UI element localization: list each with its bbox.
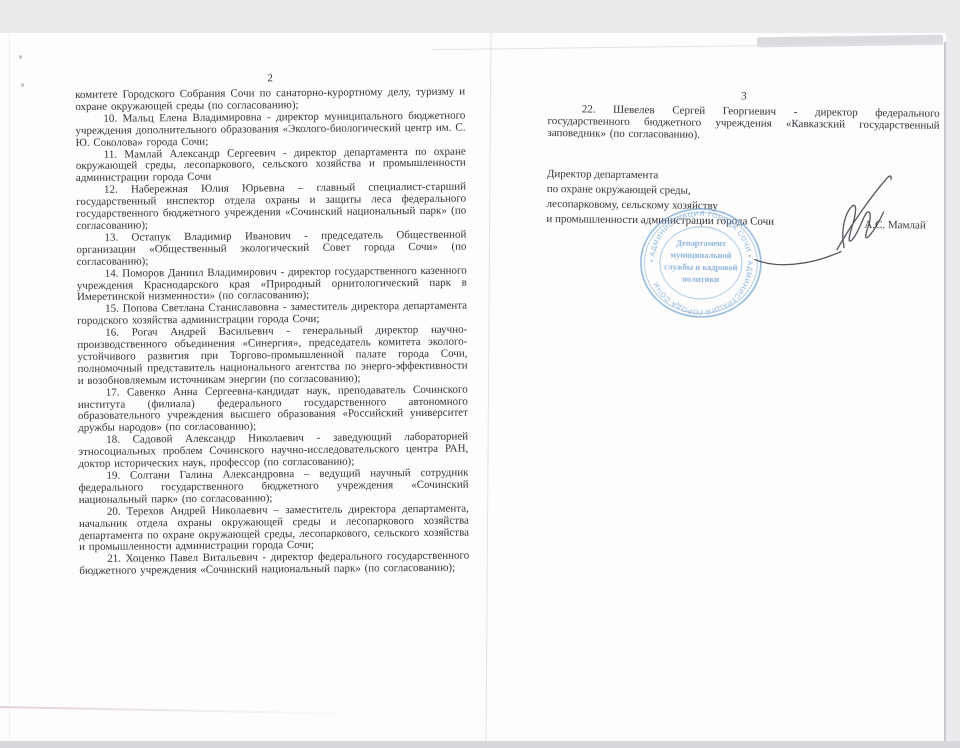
signature-tail-stroke <box>755 251 841 266</box>
list-item: 19. Солтани Галина Александровна – ведущ… <box>78 468 468 507</box>
list-item: 11. Мамлай Александр Сергеевич - директо… <box>76 146 466 185</box>
left-edge-line <box>9 33 10 741</box>
stamp-center-line: Департамент <box>676 239 727 249</box>
stamp-center-line: политики <box>682 275 719 284</box>
scan-bottom-band <box>0 741 960 748</box>
list-item: 12. Набережная Юлия Юрьевна – главный сп… <box>76 182 466 233</box>
binding-mark <box>21 83 24 87</box>
list-item: 18. Садовой Александр Николаевич - завед… <box>78 432 468 471</box>
page-number: 2 <box>75 71 465 86</box>
signer-name: А.С. Мамлай <box>864 219 926 232</box>
list-item: 16. Рогач Андрей Васильевич - генеральны… <box>77 325 468 388</box>
official-stamp-icon: • АДМИНИСТРАЦИЯ ГОРОДА СОЧИ • АДМИНИСТРА… <box>638 205 763 321</box>
scanned-document: 2 комитете Городского Собрания Сочи по с… <box>0 0 960 748</box>
list-item: 14. Поморов Даниил Владимирович - директ… <box>77 265 467 304</box>
page-2: 2 комитете Городского Собрания Сочи по с… <box>75 71 469 579</box>
right-edge-line <box>944 42 946 742</box>
list-item: 10. Мальц Елена Владимировна - директор … <box>75 110 465 149</box>
stamp-center-line: службы и кадровой <box>664 262 738 272</box>
binding-mark <box>19 55 22 59</box>
list-item: 22. Шевелев Сергей Георгиевич - директор… <box>547 104 939 145</box>
list-item: 17. Савенко Анна Сергеевна-кандидат наук… <box>78 384 468 435</box>
page-3: 3 22. Шевелев Сергей Георгиевич - директ… <box>546 88 940 231</box>
list-item: 13. Остапук Владимир Иванович - председа… <box>76 229 466 268</box>
list-item: 20. Терехов Андрей Николаевич – заместит… <box>79 503 469 554</box>
list-item: 21. Хоценко Павел Витальевич - директор … <box>79 551 469 578</box>
stamp-center-line: муниципальной <box>670 251 732 261</box>
